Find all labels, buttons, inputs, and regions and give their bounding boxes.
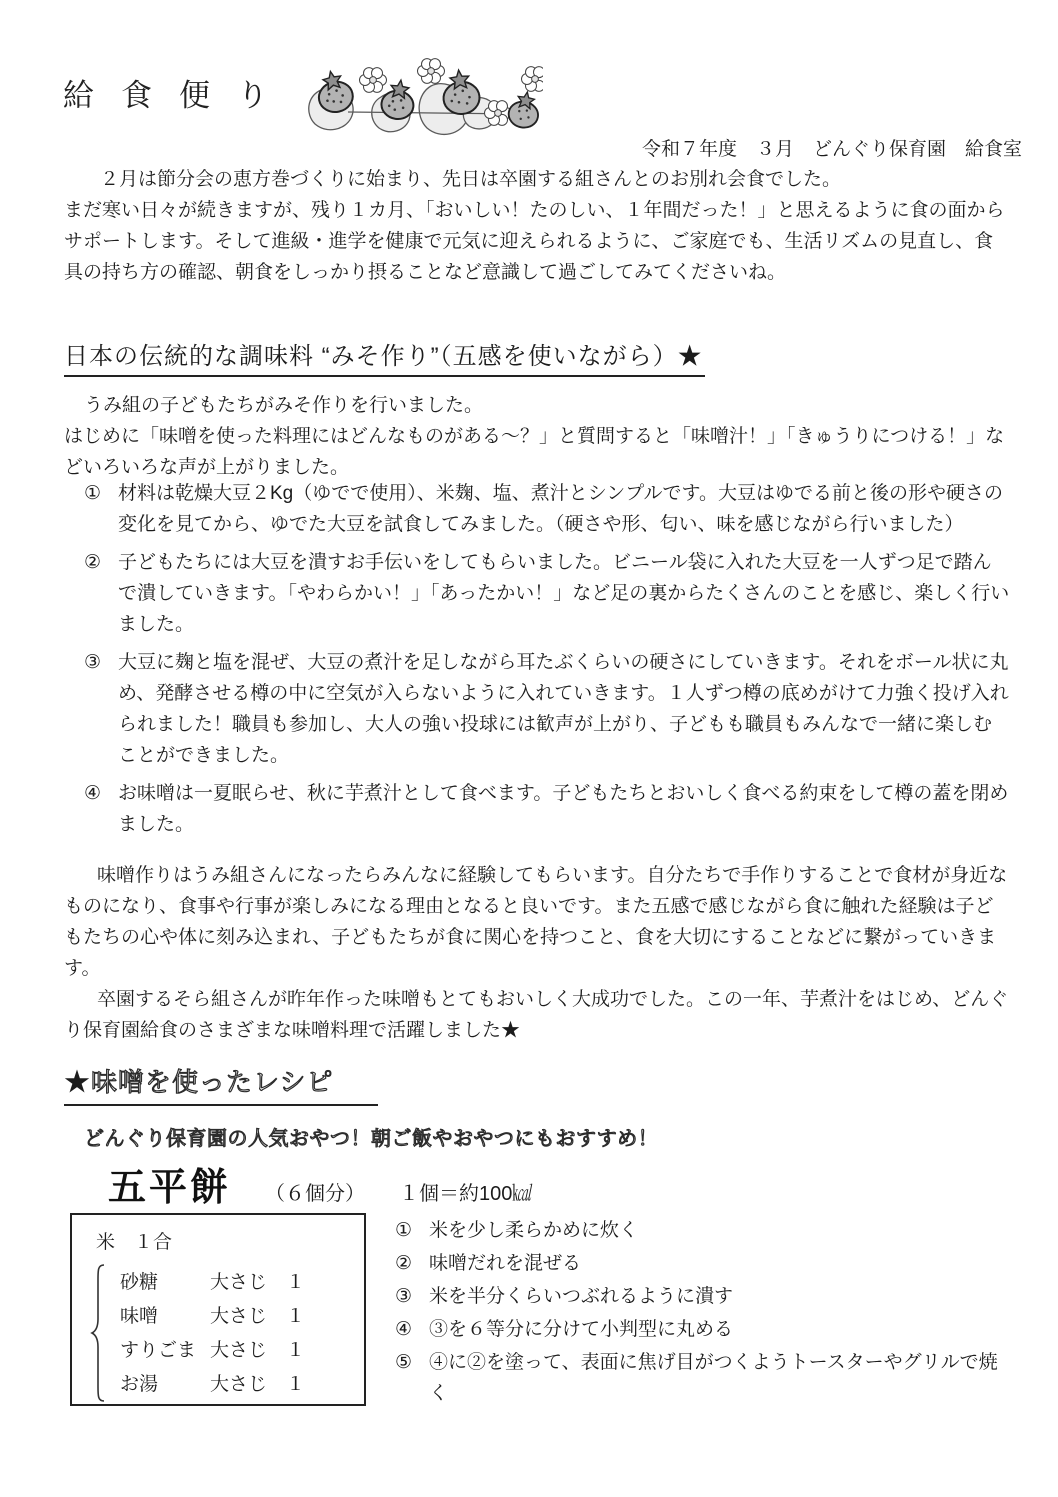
step-text: ④に②を塗って、表面に焦げ目がつくようトースターやグリルで焼く [429, 1352, 998, 1404]
ingredient-main: 米 １合 [96, 1227, 172, 1254]
step-number: ③ [84, 647, 101, 678]
step-number: ③ [395, 1281, 412, 1312]
list-item: ③ 米を半分くらいつぶれるように潰す [395, 1281, 1011, 1312]
recipe-name: 五平餅 [108, 1156, 231, 1211]
intro-body: まだ寒い日々が続きますが、残り１カ月、「おいしい！たのしい、１年間だった！」と思… [64, 195, 1010, 288]
ingredient-name: 味噌 [120, 1301, 210, 1328]
recipe-servings: （６個分） [265, 1177, 365, 1206]
ingredient-amount: 大さじ １ [210, 1301, 305, 1328]
step-number: ⑤ [395, 1347, 412, 1378]
ingredient-name: 砂糖 [120, 1267, 210, 1294]
ingredient-amount: 大さじ １ [210, 1369, 305, 1396]
step-number: ① [395, 1215, 412, 1246]
ingredient-amount: 大さじ １ [210, 1335, 305, 1362]
recipe-section-heading: ★味噌を使ったレシピ [64, 1062, 378, 1106]
step-text: 味噌だれを混ぜる [429, 1253, 581, 1274]
step-text: ③を６等分に分けて小判型に丸める [429, 1319, 733, 1340]
recipe-heading-text: 味噌を使ったレシピ [91, 1067, 333, 1097]
list-item: ④ ③を６等分に分けて小判型に丸める [395, 1314, 1011, 1345]
step-number: ④ [84, 778, 101, 809]
list-item: ③ 大豆に麹と塩を混ぜ、大豆の煮汁を足しながら耳たぶくらいの硬さにしていきます。… [84, 647, 1010, 771]
ingredient-row: すりごま 大さじ １ [120, 1331, 305, 1365]
miso-section-heading: 日本の伝統的な調味料 “みそ作り”（五感を使いながら）★ [64, 336, 705, 377]
star-icon: ★ [64, 1067, 91, 1097]
miso-lead-line1: うみ組の子どもたちがみそ作りを行いました。 [64, 390, 1010, 421]
recipe-calorie-note: １個＝約100㎉ [399, 1177, 532, 1206]
list-item: ⑤ ④に②を塗って、表面に焦げ目がつくようトースターやグリルで焼く [395, 1347, 1011, 1409]
ingredient-name: お湯 [120, 1369, 210, 1396]
ingredients-box: 米 １合 砂糖 大さじ １ 味噌 大さじ １ すりごま 大さじ １ お湯 大さじ… [70, 1213, 366, 1406]
miso-lead: うみ組の子どもたちがみそ作りを行いました。 はじめに「味噌を使った料理にはどんな… [64, 390, 1010, 483]
miso-lead-line2: はじめに「味噌を使った料理にはどんなものがある～？」と質問すると「味噌汁！」「き… [64, 421, 1010, 483]
ingredient-rows: 砂糖 大さじ １ 味噌 大さじ １ すりごま 大さじ １ お湯 大さじ １ [120, 1263, 305, 1399]
step-number: ① [84, 478, 101, 509]
step-text: 子どもたちには大豆を潰すお手伝いをしてもらいました。ビニール袋に入れた大豆を一人… [118, 552, 1009, 635]
miso-steps-list: ① 材料は乾燥大豆２Kg（ゆでで使用）、米麹、塩、煮汁とシンプルです。大豆はゆで… [84, 478, 1010, 847]
step-text: 米を半分くらいつぶれるように潰す [429, 1286, 733, 1307]
list-item: ④ お味噌は一夏眠らせ、秋に芋煮汁として食べます。子どもたちとおいしく食べる約束… [84, 778, 1010, 840]
list-item: ① 米を少し柔らかめに炊く [395, 1215, 1011, 1246]
closing-paragraph-1: 味噌作りはうみ組さんになったらみんなに経験してもらいます。自分たちで手作りするこ… [64, 860, 1012, 984]
intro-paragraph: ２月は節分会の恵方巻づくりに始まり、先日は卒園する組さんとのお別れ会食でした。 … [64, 164, 1010, 288]
recipe-title-row: 五平餅 （６個分） １個＝約100㎉ [108, 1156, 532, 1211]
closing-paragraph-2: 卒園するそら組さんが昨年作った味噌もとてもおいしく大成功でした。この一年、芋煮汁… [64, 984, 1012, 1046]
brace-icon [90, 1263, 108, 1408]
step-number: ② [84, 547, 101, 578]
step-text: 米を少し柔らかめに炊く [429, 1220, 638, 1241]
recipe-steps-list: ① 米を少し柔らかめに炊く ② 味噌だれを混ぜる ③ 米を半分くらいつぶれるよう… [395, 1215, 1011, 1411]
list-item: ① 材料は乾燥大豆２Kg（ゆでで使用）、米麹、塩、煮汁とシンプルです。大豆はゆで… [84, 478, 1010, 540]
step-number: ④ [395, 1314, 412, 1345]
ingredient-name: すりごま [120, 1335, 210, 1362]
newsletter-page: 給食便り [0, 0, 1058, 1497]
page-title: 給食便り [63, 70, 295, 115]
ingredient-row: 砂糖 大さじ １ [120, 1263, 305, 1297]
ingredient-row: お湯 大さじ １ [120, 1365, 305, 1399]
ingredient-amount: 大さじ １ [210, 1267, 305, 1294]
recipe-subheading: どんぐり保育園の人気おやつ！朝ご飯やおやつにもおすすめ！ [84, 1122, 658, 1151]
strawberry-garland-icon [293, 52, 543, 142]
step-number: ② [395, 1248, 412, 1279]
closing-paragraphs: 味噌作りはうみ組さんになったらみんなに経験してもらいます。自分たちで手作りするこ… [64, 860, 1012, 1046]
step-text: 大豆に麹と塩を混ぜ、大豆の煮汁を足しながら耳たぶくらいの硬さにしていきます。それ… [118, 652, 1009, 766]
list-item: ② 子どもたちには大豆を潰すお手伝いをしてもらいました。ビニール袋に入れた大豆を… [84, 547, 1010, 640]
step-text: お味噌は一夏眠らせ、秋に芋煮汁として食べます。子どもたちとおいしく食べる約束をし… [118, 783, 1008, 835]
step-text: 材料は乾燥大豆２Kg（ゆでで使用）、米麹、塩、煮汁とシンプルです。大豆はゆでる前… [118, 483, 1003, 535]
list-item: ② 味噌だれを混ぜる [395, 1248, 1011, 1279]
ingredient-row: 味噌 大さじ １ [120, 1297, 305, 1331]
intro-line1: ２月は節分会の恵方巻づくりに始まり、先日は卒園する組さんとのお別れ会食でした。 [64, 164, 1010, 195]
issue-line: 令和７年度 ３月 どんぐり保育園 給食室 [642, 134, 1022, 161]
